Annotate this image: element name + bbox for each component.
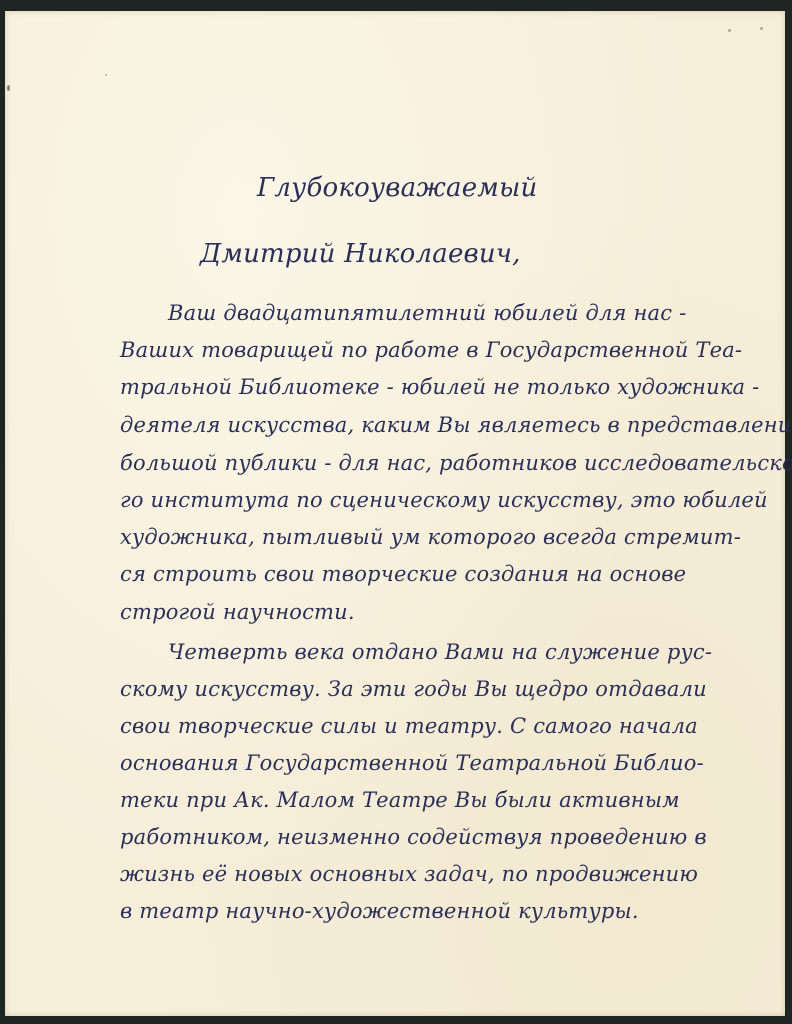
- paragraph-1-line-6: го института по сценическому искусству, …: [120, 488, 768, 512]
- salutation-line-2: Дмитрий Николаевич,: [200, 239, 521, 269]
- paragraph-2-line-5: теки при Ак. Малом Театре Вы были активн…: [120, 788, 680, 812]
- paragraph-1-line-2: Ваших товарищей по работе в Государствен…: [120, 338, 742, 362]
- paragraph-1-line-7: художника, пытливый ум которого всегда с…: [120, 525, 741, 549]
- paragraph-2-line-7: жизнь её новых основных задач, по продви…: [120, 862, 698, 886]
- scan-border: Глубокоуважаемый Дмитрий Николаевич, Ваш…: [0, 0, 792, 1024]
- paragraph-2-line-3: свои творческие силы и театру. С самого …: [120, 714, 698, 738]
- paragraph-1-line-5: большой публики - для нас, работников ис…: [120, 451, 792, 475]
- salutation-line-1: Глубокоуважаемый: [257, 173, 537, 203]
- paper-speck: [760, 27, 763, 30]
- paragraph-2-line-4: основания Государственной Театральной Би…: [120, 751, 704, 775]
- paper-speck: [728, 29, 731, 32]
- paragraph-1-line-9: строгой научности.: [120, 600, 355, 624]
- paragraph-1-line-4: деятеля искусства, каким Вы являетесь в …: [120, 413, 792, 437]
- paragraph-1-line-8: ся строить свои творческие создания на о…: [120, 562, 686, 586]
- paragraph-1-line-1: Ваш двадцатипятилетний юбилей для нас -: [168, 301, 686, 325]
- paragraph-2-line-6: работником, неизменно содействуя проведе…: [120, 825, 707, 849]
- paragraph-2-line-8: в театр научно-художественной культуры.: [120, 899, 639, 923]
- paper-speck: [105, 74, 107, 76]
- paragraph-2-line-1: Четверть века отдано Вами на служение ру…: [168, 640, 712, 664]
- paper-speck: [7, 85, 10, 91]
- paragraph-2-line-2: скому искусству. За эти годы Вы щедро от…: [120, 677, 707, 701]
- paragraph-1-line-3: тральной Библиотеке - юбилей не только х…: [120, 375, 759, 399]
- letter-sheet: Глубокоуважаемый Дмитрий Николаевич, Ваш…: [5, 11, 785, 1016]
